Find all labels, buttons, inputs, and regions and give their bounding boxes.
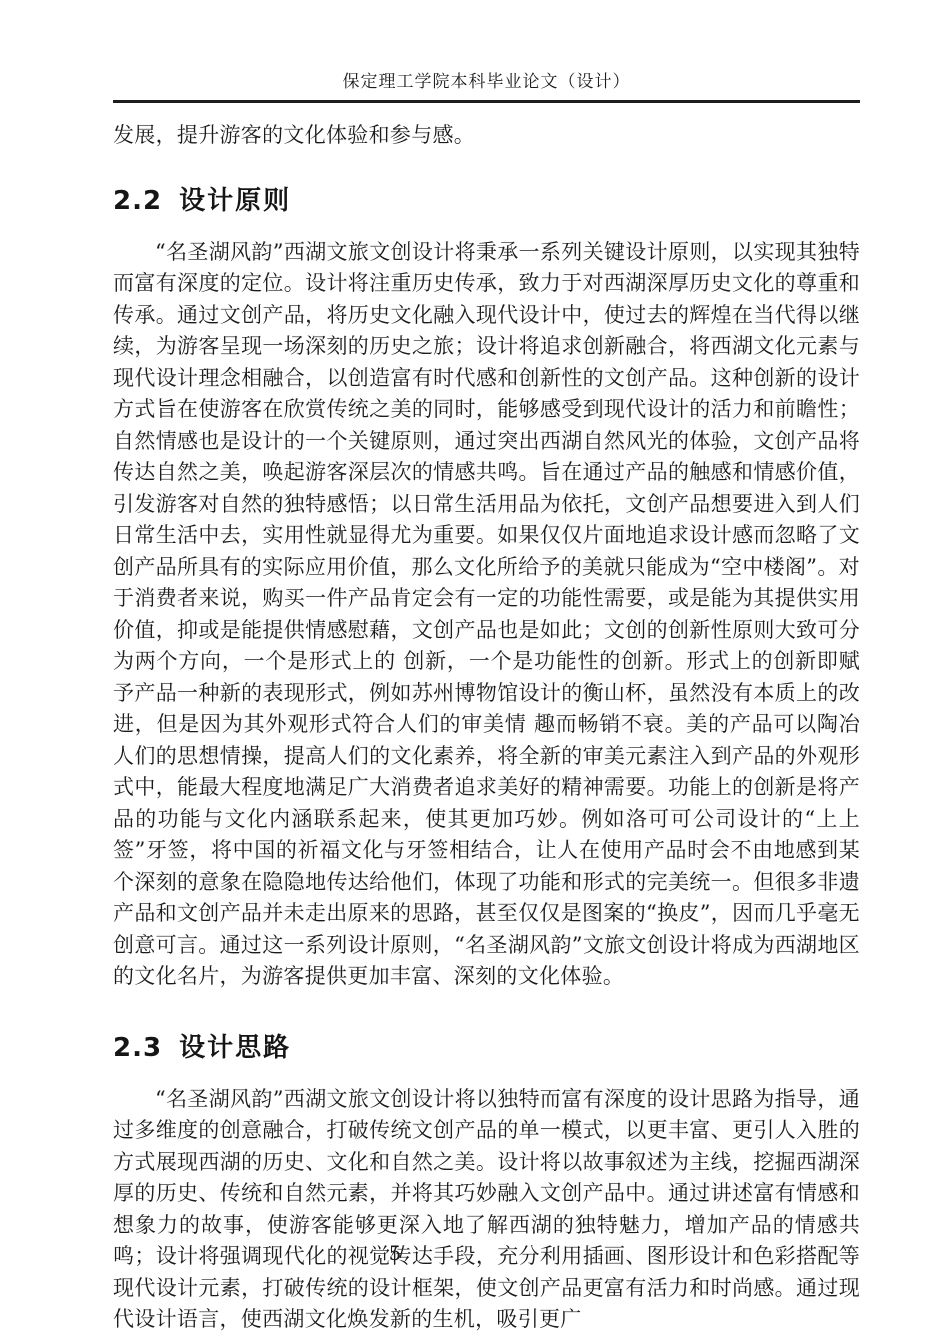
section-design-principles: 2.2设计原则 “名圣湖风韵”西湖文旅文创设计将秉承一系列关键设计原则，以实现其… [113,186,860,993]
section-design-approach: 2.3设计思路 “名圣湖风韵”西湖文旅文创设计将以独特而富有深度的设计思路为指导… [113,1033,860,1336]
section-heading: 2.2设计原则 [113,186,860,216]
page-content: 发展，提升游客的文化体验和参与感。 2.2设计原则 “名圣湖风韵”西湖文旅文创设… [113,120,860,1336]
heading-title: 设计原则 [179,186,291,216]
document-page: 保定理工学院本科毕业论文（设计） 发展，提升游客的文化体验和参与感。 2.2设计… [0,0,950,1344]
section-paragraph: “名圣湖风韵”西湖文旅文创设计将秉承一系列关键设计原则，以实现其独特而富有深度的… [113,237,860,993]
page-number: 5 [383,1240,407,1266]
section-paragraph: “名圣湖风韵”西湖文旅文创设计将以独特而富有深度的设计思路为指导，通过多维度的创… [113,1084,860,1336]
heading-number: 2.2 [113,186,162,216]
paragraph-continuation: 发展，提升游客的文化体验和参与感。 [113,120,860,152]
section-heading: 2.3设计思路 [113,1033,860,1063]
running-header: 保定理工学院本科毕业论文（设计） [113,72,860,103]
heading-number: 2.3 [113,1033,162,1063]
heading-title: 设计思路 [179,1033,291,1063]
